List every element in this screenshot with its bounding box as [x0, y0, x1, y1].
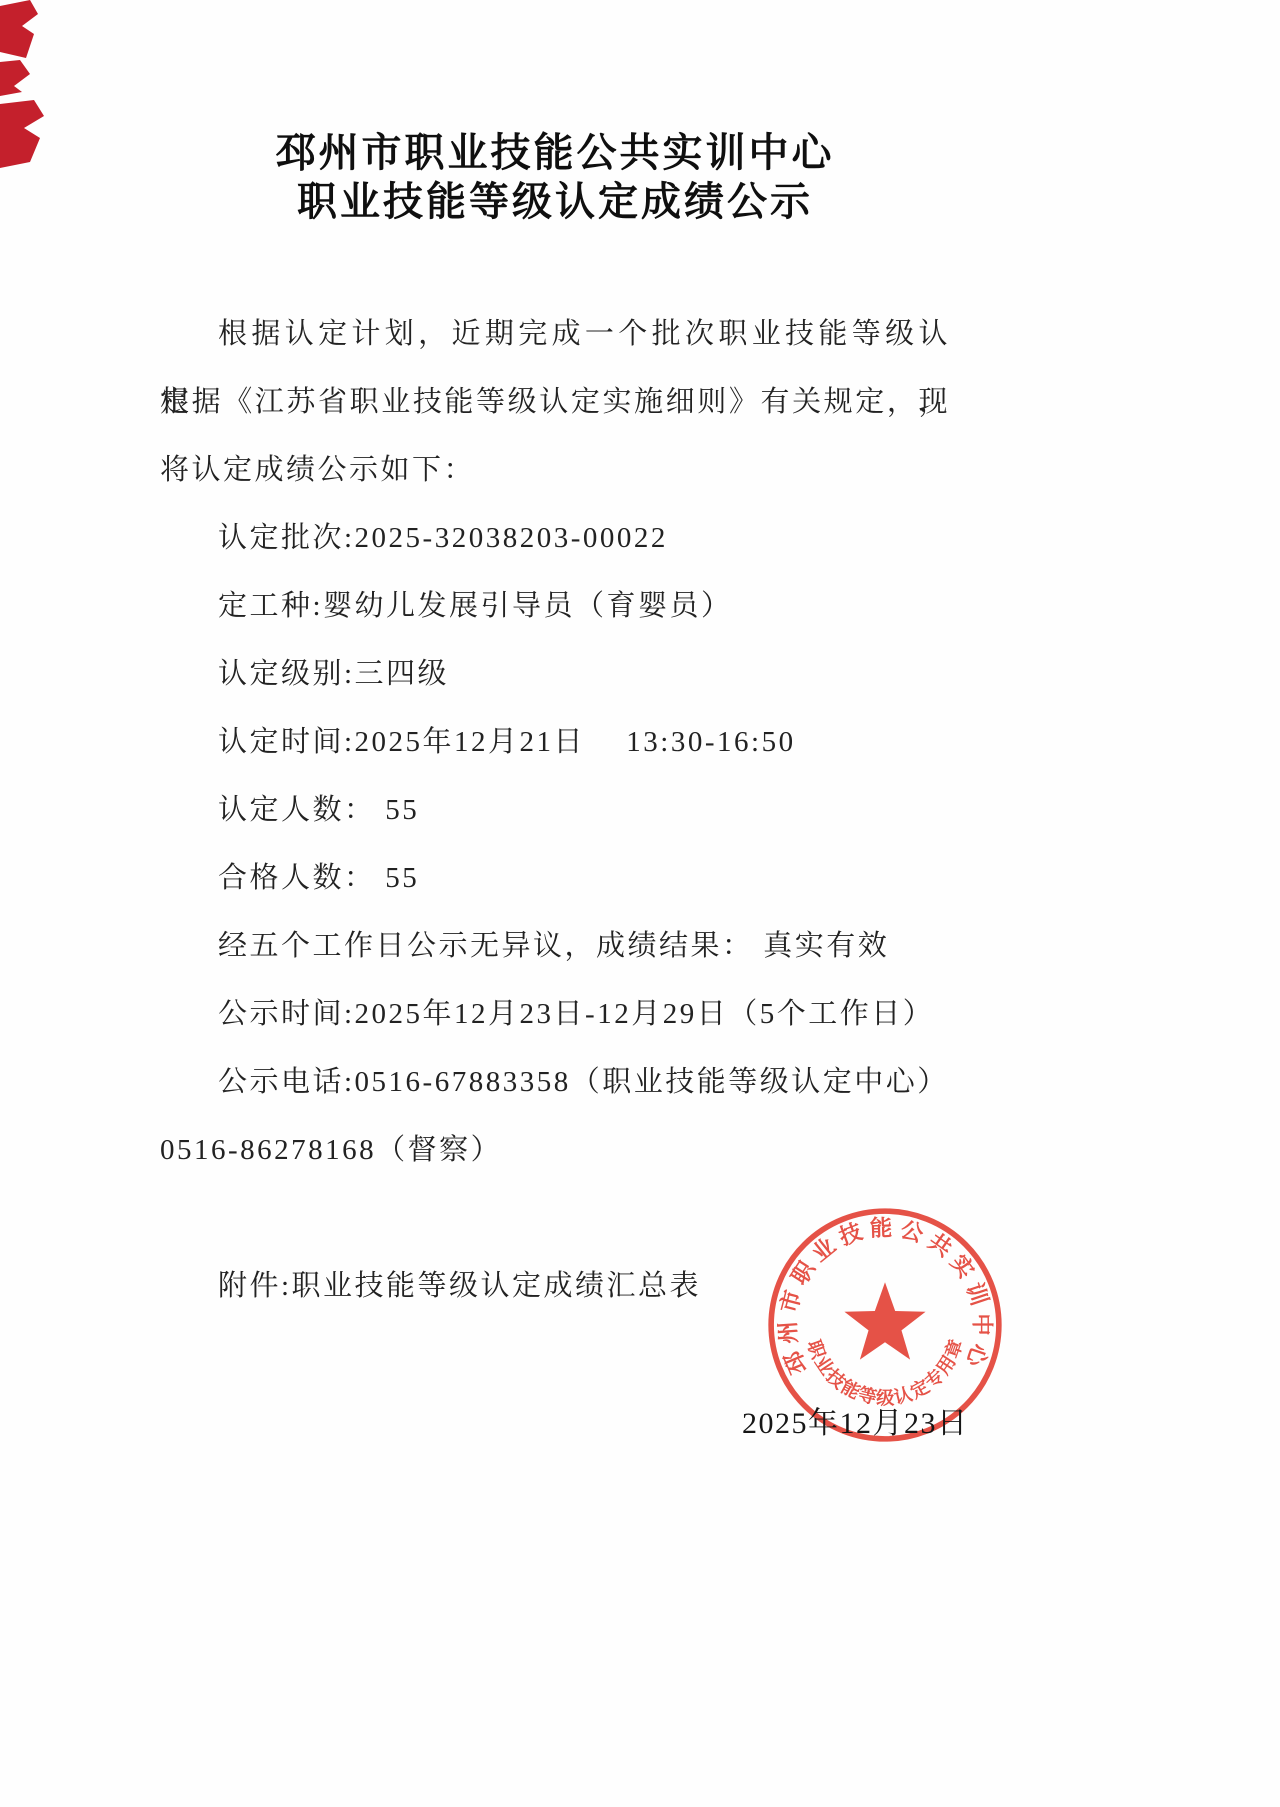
body-line: 公示时间:2025年12月23日-12月29日（5个工作日）	[160, 980, 950, 1048]
body-line: 认定批次:2025-32038203-00022	[160, 504, 950, 572]
notice-document-page: 邳州市职业技能公共实训中心 职业技能等级认定成绩公示 根据认定计划，近期完成一个…	[0, 0, 1280, 1807]
body-line: 公示电话:0516-67883358（职业技能等级认定中心）	[160, 1048, 950, 1116]
body-line: 将认定成绩公示如下：	[160, 436, 950, 504]
body-line: 经五个工作日公示无异议，成绩结果： 真实有效	[160, 912, 950, 980]
issue-date: 2025年12月23日	[742, 1398, 962, 1442]
body-line: 0516-86278168（督察）	[160, 1116, 950, 1184]
body-line: 合格人数： 55	[160, 844, 950, 912]
corner-red-marks-icon	[0, 0, 80, 190]
document-body: 根据认定计划，近期完成一个批次职业技能等级认定， 根据《江苏省职业技能等级认定实…	[0, 226, 1280, 1320]
star-icon	[844, 1282, 925, 1359]
body-line: 根据《江苏省职业技能等级认定实施细则》有关规定，现	[160, 368, 950, 436]
body-line: 根据认定计划，近期完成一个批次职业技能等级认定，	[160, 300, 950, 368]
document-title: 邳州市职业技能公共实训中心 职业技能等级认定成绩公示	[0, 0, 1280, 226]
body-line: 认定时间:2025年12月21日 13:30-16:50	[160, 708, 950, 776]
body-line: 定工种:婴幼儿发展引导员（育婴员）	[160, 572, 950, 640]
body-line: 认定人数： 55	[160, 776, 950, 844]
title-line-2: 职业技能等级认定成绩公示	[160, 177, 950, 226]
body-line: 认定级别:三四级	[160, 640, 950, 708]
title-line-1: 邳州市职业技能公共实训中心	[160, 128, 950, 177]
